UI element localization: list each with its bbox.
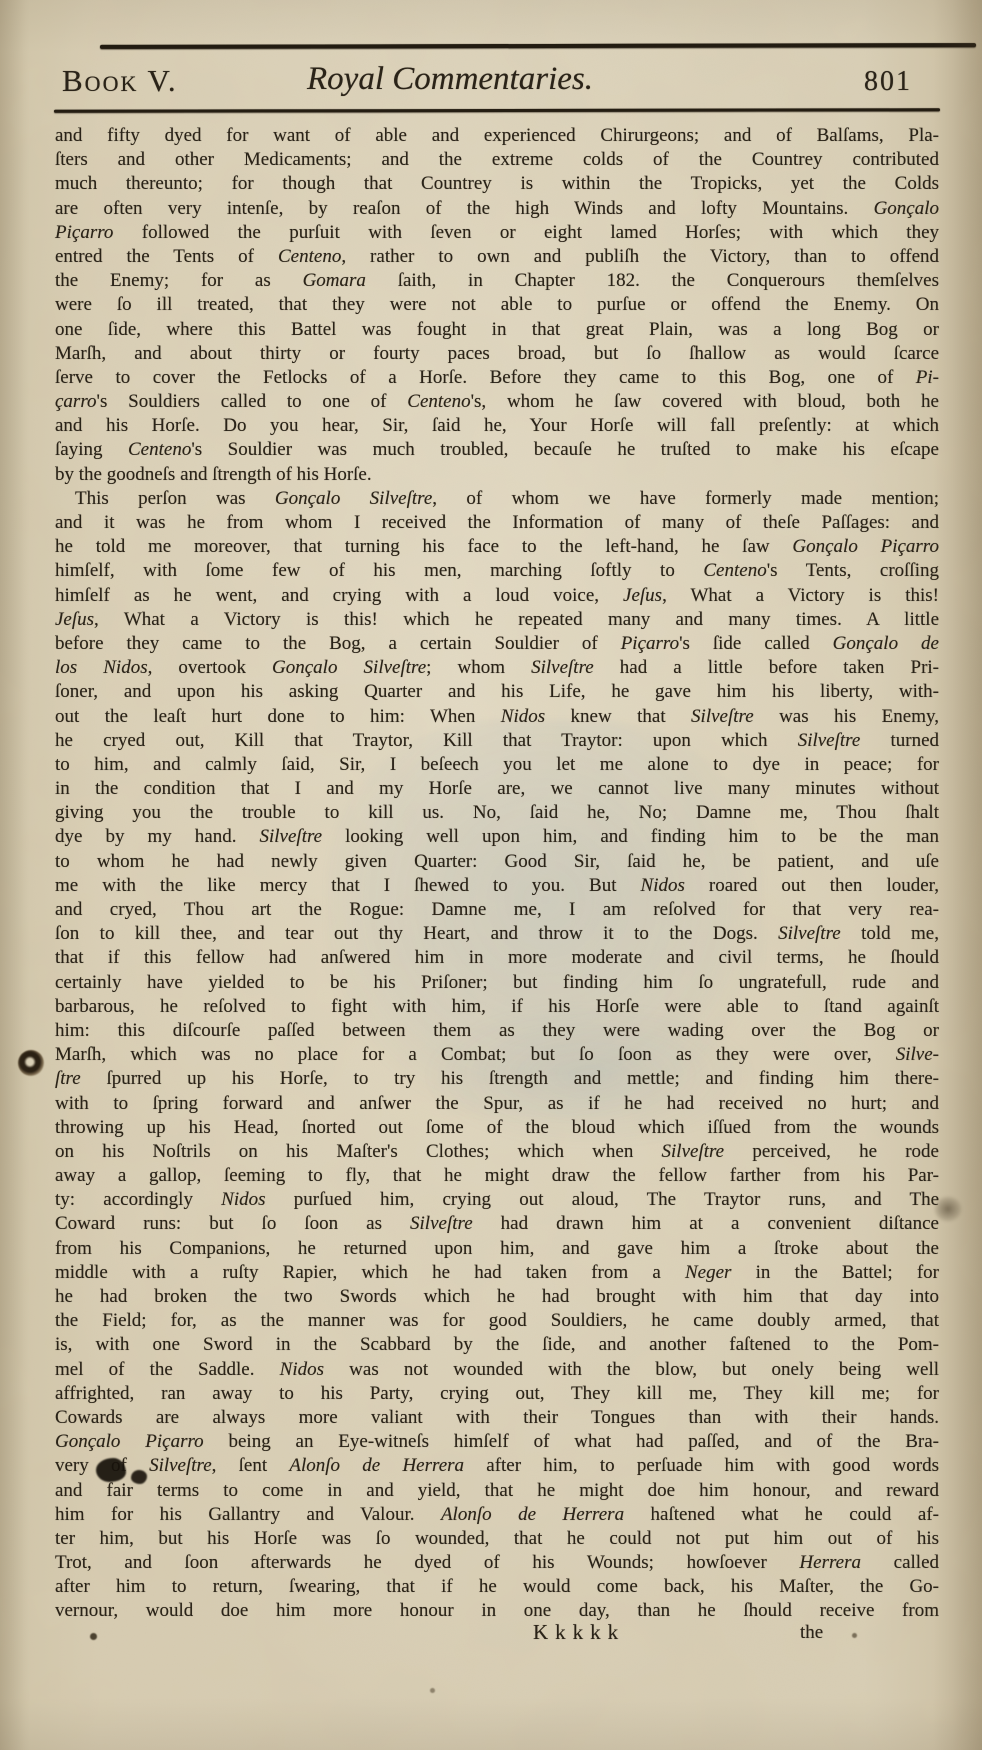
italic-name-run: Silveſtre <box>260 826 323 847</box>
text-run: vernour, would doe him more honour in on… <box>55 1600 939 1621</box>
text-line: he told me moreover, that turning his fa… <box>55 535 939 559</box>
text-run: me with the like mercy that I ſhewed to … <box>55 875 641 896</box>
text-line: Gonçalo Piçarro being an Eye-witneſs him… <box>55 1430 939 1454</box>
italic-name-run: Nidos <box>641 875 685 896</box>
text-run: ſoner, and upon his asking Quarter and h… <box>55 681 939 702</box>
italic-name-run: Piçarro <box>55 222 113 243</box>
text-run: , What a Victory is this! <box>662 585 939 606</box>
text-run: is, with one Sword in the Scabbard by th… <box>55 1334 939 1355</box>
text-run: Coward runs: but ſo ſoon as <box>55 1213 410 1234</box>
italic-name-run: Centeno <box>278 246 341 267</box>
italic-name-run: Silveſtre <box>531 657 594 678</box>
italic-name-run: Jeſus <box>623 585 662 606</box>
text-run: are often very intenſe, by reaſon of the… <box>55 198 874 219</box>
text-run: ſaith, in Chapter 182. the Conquerours t… <box>366 270 939 291</box>
text-run: roared out then louder, <box>685 875 939 896</box>
italic-name-run: Nidos <box>501 706 545 727</box>
text-run: dye by my hand. <box>55 826 260 847</box>
italic-name-run: Silve- <box>896 1044 939 1065</box>
ink-speck <box>852 1633 857 1638</box>
text-line: Cowards are always more valiant with the… <box>55 1406 939 1430</box>
text-run: haſtened what he could af- <box>624 1504 939 1525</box>
text-line: one ſide, where this Battel was fought i… <box>55 318 939 342</box>
text-run: perceived, he rode <box>724 1141 939 1162</box>
paragraph: and fifty dyed for want of able and expe… <box>55 124 939 487</box>
text-line: Piçarro followed the purſuit with ſeven … <box>55 221 939 245</box>
text-run: mel of the Saddle. <box>55 1359 280 1380</box>
text-run: throwing up his Head, ſnorted out ſome o… <box>55 1117 939 1138</box>
text-run: out the leaſt hurt done to him: When <box>55 706 501 727</box>
text-run: 's Souldier was much troubled, becauſe h… <box>191 439 939 460</box>
italic-name-run: Alonſo de Herrera <box>441 1504 624 1525</box>
text-run: , ſent <box>212 1455 290 1476</box>
ink-blot-small <box>131 1470 147 1484</box>
text-line: ſaying Centeno's Souldier was much troub… <box>55 438 939 462</box>
text-line: Marſh, and about thirty or fourty paces … <box>55 342 939 366</box>
italic-name-run: ſtre <box>55 1068 81 1089</box>
text-run: to whom he had newly given Quarter: Good… <box>55 851 939 872</box>
text-run: ty: accordingly <box>55 1189 221 1210</box>
text-run: the Enemy; for as <box>55 270 303 291</box>
italic-name-run: Silveſtre <box>778 923 841 944</box>
text-run: in the Battel; for <box>731 1262 939 1283</box>
page-number: 801 <box>864 66 912 98</box>
ink-blot <box>96 1458 126 1482</box>
text-line: in the condition that I and my Horſe are… <box>55 777 939 801</box>
text-run: Marſh, which was no place for a Combat; … <box>55 1044 896 1065</box>
text-run: from his Companions, he returned upon hi… <box>55 1238 939 1259</box>
text-run: had drawn him at a convenient diſtance <box>473 1213 939 1234</box>
text-line: certainly have yielded to be his Priſone… <box>55 971 939 995</box>
text-run: 's Souldiers called to one of <box>97 391 408 412</box>
text-line: ter him, but his Horſe was ſo wounded, t… <box>55 1527 939 1551</box>
italic-name-run: Nidos <box>280 1359 324 1380</box>
text-run: and fair terms to come in and yield, tha… <box>55 1480 939 1501</box>
italic-name-run: Gonçalo Piçarro <box>55 1431 204 1452</box>
text-line: very of Silveſtre, ſent Alonſo de Herrer… <box>55 1454 939 1478</box>
text-line: the Field; for, as the manner was for go… <box>55 1309 939 1333</box>
text-line: entred the Tents of Centeno, rather to o… <box>55 245 939 269</box>
ink-speck <box>90 1633 97 1640</box>
text-line: çarro's Souldiers called to one of Cente… <box>55 390 939 414</box>
catchword: the <box>800 1622 823 1644</box>
text-line: from his Companions, he returned upon hi… <box>55 1237 939 1261</box>
italic-name-run: Gonçalo Silveſtre <box>275 488 432 509</box>
text-line: and fifty dyed for want of able and expe… <box>55 124 939 148</box>
italic-name-run: Centeno <box>407 391 470 412</box>
italic-name-run: Alonſo de Herrera <box>289 1455 464 1476</box>
text-run: This perſon was <box>75 488 275 509</box>
text-run: knew that <box>545 706 691 727</box>
text-run: Marſh, and about thirty or fourty paces … <box>55 343 939 364</box>
text-run: and it was he from whom I received the I… <box>55 512 939 533</box>
text-line: Jeſus, What a Victory is this! which he … <box>55 608 939 632</box>
italic-name-run: Nidos <box>221 1189 265 1210</box>
top-rule <box>100 43 976 49</box>
italic-name-run: Gonçalo Silveſtre <box>272 657 426 678</box>
italic-name-run: çarro <box>55 391 97 412</box>
text-run: before they came to the Bog, a certain S… <box>55 633 621 654</box>
italic-name-run: Centeno <box>128 439 191 460</box>
text-line: giving you the trouble to kill us. No, ſ… <box>55 801 939 825</box>
text-line: ſters and other Medicaments; and the ext… <box>55 148 939 172</box>
text-line: affrighted, ran away to his Party, cryin… <box>55 1382 939 1406</box>
text-line: to whom he had newly given Quarter: Good… <box>55 850 939 874</box>
text-line: ſoner, and upon his asking Quarter and h… <box>55 680 939 704</box>
text-run: that if this fellow had anſwered him in … <box>55 947 939 968</box>
text-run: , rather to own and publiſh the Victory,… <box>341 246 939 267</box>
text-run: looking well upon him, and finding him t… <box>322 826 939 847</box>
text-line: mel of the Saddle. Nidos was not wounded… <box>55 1358 939 1382</box>
text-run: ; whom <box>426 657 531 678</box>
text-run: he told me moreover, that turning his fa… <box>55 536 792 557</box>
text-line: barbarous, he reſolved to fight with him… <box>55 995 939 1019</box>
text-line: Marſh, which was no place for a Combat; … <box>55 1043 939 1067</box>
text-line: is, with one Sword in the Scabbard by th… <box>55 1333 939 1357</box>
text-run: after him, to perſuade him with good wor… <box>464 1455 939 1476</box>
text-line: before they came to the Bog, a certain S… <box>55 632 939 656</box>
italic-name-run: Centeno <box>703 560 766 581</box>
text-run: one ſide, where this Battel was fought i… <box>55 319 939 340</box>
text-line: throwing up his Head, ſnorted out ſome o… <box>55 1116 939 1140</box>
text-run: much thereunto; for though that Countrey… <box>55 173 939 194</box>
italic-name-run: Silveſtre <box>691 706 754 727</box>
text-line: ty: accordingly Nidos purſued him, cryin… <box>55 1188 939 1212</box>
text-line: after him to return, ſwearing, that if h… <box>55 1575 939 1599</box>
italic-name-run: Silveſtre <box>149 1455 212 1476</box>
text-run: was his Enemy, <box>754 706 939 727</box>
text-run: and fifty dyed for want of able and expe… <box>55 125 939 146</box>
text-line: middle with a ruſty Rapier, which he had… <box>55 1261 939 1285</box>
text-run: being an Eye-witneſs himſelf of what had… <box>204 1431 939 1452</box>
text-line: to him, and calmly ſaid, Sir, I beſeech … <box>55 753 939 777</box>
text-line: Coward runs: but ſo ſoon as Silveſtre ha… <box>55 1212 939 1236</box>
text-line: by the goodneſs and ſtrength of his Horſ… <box>55 463 939 487</box>
text-run: Trot, and ſoon afterwards he dyed of his… <box>55 1552 799 1573</box>
page-title: Royal Commentaries. <box>230 60 670 98</box>
text-run: the Field; for, as the manner was for go… <box>55 1310 939 1331</box>
text-line: dye by my hand. Silveſtre looking well u… <box>55 825 939 849</box>
text-run: ter him, but his Horſe was ſo wounded, t… <box>55 1528 939 1549</box>
italic-name-run: Gonçalo <box>874 198 939 219</box>
text-run: affrighted, ran away to his Party, cryin… <box>55 1383 939 1404</box>
text-line: were ſo ill treated, that they were not … <box>55 293 939 317</box>
text-run: ſters and other Medicaments; and the ext… <box>55 149 939 170</box>
text-run: 's Tents, croſſing <box>767 560 939 581</box>
text-run: he cryed out, Kill that Traytor, Kill th… <box>55 730 798 751</box>
text-line: and cryed, Thou art the Rogue: Damne me,… <box>55 898 939 922</box>
text-run: followed the purſuit with ſeven or eight… <box>113 222 939 243</box>
book-page-scan: Book V. Royal Commentaries. 801 and fift… <box>0 0 982 1750</box>
text-run: had a little before taken Pri- <box>594 657 939 678</box>
text-run: barbarous, he reſolved to fight with him… <box>55 996 939 1017</box>
ink-speck <box>430 1688 435 1693</box>
italic-name-run: Gomara <box>303 270 366 291</box>
text-run: himſelf, with ſome few of his men, march… <box>55 560 703 581</box>
text-line: with to ſpring forward and anſwer the Sp… <box>55 1092 939 1116</box>
text-line: the Enemy; for as Gomara ſaith, in Chapt… <box>55 269 939 293</box>
text-line: ſerve to cover the Fetlocks of a Horſe. … <box>55 366 939 390</box>
text-run: 's ſide called <box>679 633 833 654</box>
text-line: me with the like mercy that I ſhewed to … <box>55 874 939 898</box>
header-rule <box>54 108 940 113</box>
text-run: entred the Tents of <box>55 246 278 267</box>
text-line: and his Horſe. Do you hear, Sir, ſaid he… <box>55 414 939 438</box>
italic-name-run: Silveſtre <box>798 730 861 751</box>
text-run: and his Horſe. Do you hear, Sir, ſaid he… <box>55 415 939 436</box>
text-run: giving you the trouble to kill us. No, ſ… <box>55 802 939 823</box>
text-run: turned <box>860 730 939 751</box>
text-line: out the leaſt hurt done to him: When Nid… <box>55 705 939 729</box>
text-run: purſued him, crying out aloud, The Trayt… <box>266 1189 939 1210</box>
italic-name-run: Neger <box>685 1262 731 1283</box>
text-line: and it was he from whom I received the I… <box>55 511 939 535</box>
margin-smudge <box>934 1196 962 1222</box>
text-run: ſerve to cover the Fetlocks of a Horſe. … <box>55 367 916 388</box>
text-run: he had broken the two Swords which he ha… <box>55 1286 939 1307</box>
text-line: him for his Gallantry and Valour. Alonſo… <box>55 1503 939 1527</box>
text-line: that if this fellow had anſwered him in … <box>55 946 939 970</box>
text-line: los Nidos, overtook Gonçalo Silveſtre; w… <box>55 656 939 680</box>
text-run: and cryed, Thou art the Rogue: Damne me,… <box>55 899 939 920</box>
wormhole-blemish <box>18 1050 44 1076</box>
italic-name-run: Gonçalo Piçarro <box>792 536 939 557</box>
text-line: away a gallop, ſeeming to fly, that he m… <box>55 1164 939 1188</box>
text-run: Cowards are always more valiant with the… <box>55 1407 939 1428</box>
text-line: himſelf, with ſome few of his men, march… <box>55 559 939 583</box>
text-line: vernour, would doe him more honour in on… <box>55 1599 939 1623</box>
book-label: Book V. <box>62 64 178 98</box>
text-line: him: this diſcourſe paſſed between them … <box>55 1019 939 1043</box>
italic-name-run: Piçarro <box>621 633 679 654</box>
text-run: told me, <box>841 923 939 944</box>
text-run: ſaying <box>55 439 128 460</box>
text-line: Trot, and ſoon afterwards he dyed of his… <box>55 1551 939 1575</box>
text-run: middle with a ruſty Rapier, which he had… <box>55 1262 685 1283</box>
text-run: was not wounded with the blow, but onely… <box>324 1359 939 1380</box>
text-line: on his Noſtrils on his Maſter's Clothes;… <box>55 1140 939 1164</box>
text-line: himſelf as he went, and crying with a lo… <box>55 584 939 608</box>
text-run: him: this diſcourſe paſſed between them … <box>55 1020 939 1041</box>
text-run: , of whom we have formerly made mention; <box>432 488 939 509</box>
text-line: ſtre ſpurred up his Horſe, to try his ſt… <box>55 1067 939 1091</box>
text-run: were ſo ill treated, that they were not … <box>55 294 939 315</box>
text-run: 's, whom he ſaw covered with bloud, both… <box>471 391 939 412</box>
text-run: in the condition that I and my Horſe are… <box>55 778 939 799</box>
text-line: much thereunto; for though that Countrey… <box>55 172 939 196</box>
text-run: after him to return, ſwearing, that if h… <box>55 1576 939 1597</box>
text-line: he had broken the two Swords which he ha… <box>55 1285 939 1309</box>
text-line: and fair terms to come in and yield, tha… <box>55 1479 939 1503</box>
text-line: he cryed out, Kill that Traytor, Kill th… <box>55 729 939 753</box>
signature-mark: Kkkkk <box>533 1620 625 1645</box>
text-line: ſon to kill thee, and tear out thy Heart… <box>55 922 939 946</box>
text-run: , overtook <box>148 657 272 678</box>
paragraph: This perſon was Gonçalo Silveſtre, of wh… <box>55 487 939 1624</box>
text-run: , What a Victory is this! which he repea… <box>94 609 939 630</box>
italic-name-run: Jeſus <box>55 609 94 630</box>
text-run: ſpurred up his Horſe, to try his ſtrengt… <box>81 1068 939 1089</box>
italic-name-run: Pi- <box>916 367 939 388</box>
text-run: by the goodneſs and ſtrength of his Horſ… <box>55 464 372 485</box>
text-line: This perſon was Gonçalo Silveſtre, of wh… <box>55 487 939 511</box>
text-run: himſelf as he went, and crying with a lo… <box>55 585 623 606</box>
text-run: him for his Gallantry and Valour. <box>55 1504 441 1525</box>
text-run: certainly have yielded to be his Priſone… <box>55 972 939 993</box>
text-block: and fifty dyed for want of able and expe… <box>55 124 939 1624</box>
italic-name-run: Herrera <box>799 1552 861 1573</box>
text-run: to him, and calmly ſaid, Sir, I beſeech … <box>55 754 939 775</box>
text-run: on his Noſtrils on his Maſter's Clothes;… <box>55 1141 662 1162</box>
italic-name-run: Silveſtre <box>662 1141 725 1162</box>
italic-name-run: Silveſtre <box>410 1213 473 1234</box>
text-run: away a gallop, ſeeming to fly, that he m… <box>55 1165 939 1186</box>
text-run: called <box>861 1552 939 1573</box>
text-line: are often very intenſe, by reaſon of the… <box>55 197 939 221</box>
italic-name-run: Gonçalo de <box>833 633 939 654</box>
text-run: ſon to kill thee, and tear out thy Heart… <box>55 923 778 944</box>
italic-name-run: los Nidos <box>55 657 148 678</box>
text-run: with to ſpring forward and anſwer the Sp… <box>55 1093 939 1114</box>
